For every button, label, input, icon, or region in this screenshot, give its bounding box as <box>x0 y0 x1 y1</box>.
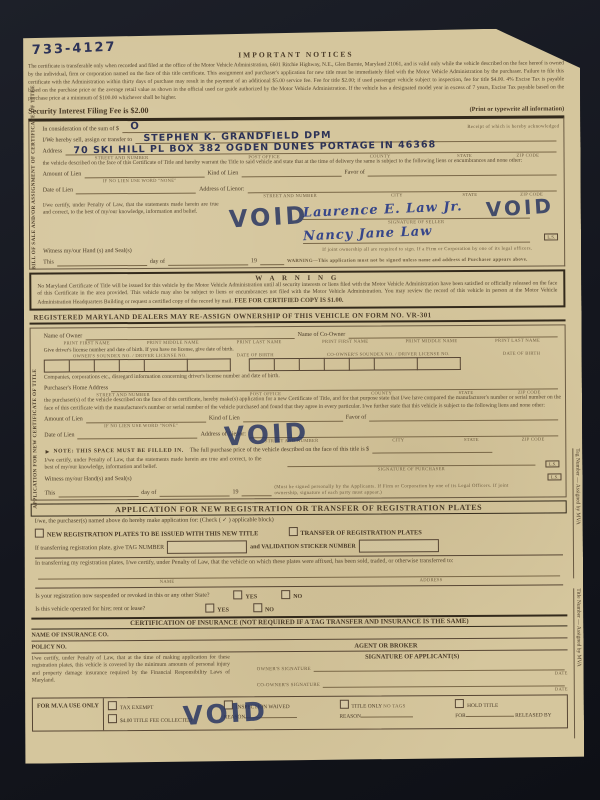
purchaser-certify-block: I/we certify, under Penalty of Law, that… <box>44 454 561 473</box>
warning-box: W A R N I N G No Maryland Certificate of… <box>29 269 565 310</box>
document-content: 733-4127 IMPORTANT NOTICES The certifica… <box>28 36 568 757</box>
transfer-label: I/We hereby sell, assign or transfer to <box>42 137 132 144</box>
soundex-cell <box>44 359 70 372</box>
favor-of-label: Favor of <box>344 170 365 177</box>
coowner-print-last: PRINT LAST NAME <box>475 337 561 343</box>
title-only-label: TITLE ONLY <box>351 704 382 710</box>
void-stamp-3: VOID <box>223 418 310 453</box>
note-must-fill-label: NOTE: THIS SPACE MUST BE FILLED IN. <box>53 448 183 455</box>
hire-yes-label: YES <box>217 607 229 613</box>
title-fee-label: $4.00 TITLE FEE COLLECTED <box>120 718 192 724</box>
app-witness-label: Witness my/our Hand(s) and Seal(s) <box>44 476 131 483</box>
purchaser-certify-text: I/we certify, under Penalty of Law, that… <box>44 456 261 473</box>
tag-number-box <box>167 540 247 553</box>
validation-sticker-text: and VALIDATION STICKER NUMBER <box>250 543 356 550</box>
soundex-cell <box>325 358 350 371</box>
seller-signature-2: Nancy Jane Law <box>302 224 432 244</box>
title-only-reason-label: REASON <box>339 713 361 719</box>
tax-exempt-checkbox <box>108 701 117 710</box>
fee-row: Security Interest Filing Fee is $2.00 (P… <box>28 103 564 115</box>
purchaser-sig-sublabel: SIGNATURE OF PURCHASER <box>378 466 445 471</box>
app-favor-blank <box>369 412 558 421</box>
app-day-of-label: day of <box>141 490 156 497</box>
no-lien-note: IF NO LIEN USE WORD "NONE" <box>103 178 177 183</box>
applicant-signature-area: SIGNATURE OF APPLICANT(S) OWNER'S SIGNAT… <box>257 652 568 693</box>
witness-row: Witness my/our Hand (s) and Seal(s) If j… <box>43 246 560 256</box>
date-signed-row: This day of 19 WARNING—This application … <box>43 255 560 266</box>
app-no-lien-note: IF NO LIEN USE WORD "NONE" <box>104 423 178 428</box>
insurance-company-row: NAME OF INSURANCE CO. <box>31 629 567 641</box>
ls-seal-1: L.S. <box>544 234 558 241</box>
app-this-label: This <box>45 491 56 498</box>
mva-hold-column: HOLD TITLE FOR RELEASED BY <box>451 695 567 727</box>
transfer-plates-label: TRANSFER OF REGISTRATION PLATES <box>300 529 422 537</box>
app-day-blank <box>159 489 229 497</box>
soundex-boxes-row <box>44 356 561 372</box>
joint-ownership-note: If joint ownership all are required to s… <box>322 247 560 254</box>
kind-of-lien-label: Kind of Lien <box>207 171 238 178</box>
soundex-cell <box>145 359 188 372</box>
must-sign-note: (Must be signed personally by the Applic… <box>274 484 533 497</box>
coowner-print-middle: PRINT MIDDLE NAME <box>388 338 474 344</box>
photo-background: Tag Number — Assigned by MVA Title Numbe… <box>0 0 600 800</box>
void-stamp-4: VOID <box>182 697 269 732</box>
receipt-note: Receipt of which is hereby acknowledged <box>467 125 559 131</box>
warning-body: No Maryland Certificate of Title will be… <box>37 280 557 306</box>
option-transfer-plates: TRANSFER OF REGISTRATION PLATES <box>288 526 422 537</box>
ls-seal-3: L.S. <box>548 473 562 480</box>
date-of-lien-blank <box>76 186 196 195</box>
hold-for-label: FOR <box>455 713 466 719</box>
app-favor-of-label: Favor of <box>346 415 367 422</box>
soundex-cell <box>375 357 418 370</box>
owner-soundex-label: OWNER'S SOUNDEX NO. / DRIVER LICENSE NO. <box>44 353 216 359</box>
soundex-cell <box>95 359 120 372</box>
amount-of-lien-label: Amount of Lien <box>43 172 82 179</box>
title-only-checkbox <box>339 700 348 709</box>
hire-no-label: NO <box>265 607 274 613</box>
validation-sticker-box <box>359 539 439 552</box>
soundex-cell <box>350 358 375 371</box>
owner-dob-label: DATE OF BIRTH <box>216 352 294 357</box>
hold-for-blank <box>466 716 514 717</box>
bill-of-sale-side-label: BILL OF SALE AND/OR ASSIGNMENT OF CERTIF… <box>30 127 37 269</box>
warning-sign-note: WARNING—This application must not be sig… <box>287 258 535 265</box>
new-plates-checkbox <box>35 529 44 538</box>
app-lienor-city: CITY <box>359 437 438 442</box>
consideration-handwritten: O <box>130 121 140 133</box>
tag-number-margin-label: Tag Number — Assigned by MVA <box>572 448 581 578</box>
title-application-side-label: APPLICATION FOR NEW CERTIFICATE OF TITLE <box>32 358 39 508</box>
option-new-plates: NEW REGISTRATION PLATES TO BE ISSUED WIT… <box>35 527 259 538</box>
app-witness-row: Witness my/our Hand(s) and Seal(s) L.S. <box>44 473 561 483</box>
application-text: the purchaser(s) of the vehicle describe… <box>44 395 561 413</box>
date-of-lien-label: Date of Lien <box>43 188 73 195</box>
app-lienor-state: STATE <box>438 437 505 442</box>
hold-title-label: HOLD TITLE <box>467 703 498 709</box>
seller-certify-block: I/we certify, under Penalty of Law, that… <box>43 200 560 246</box>
registration-intro: I/we, the purchaser(s) named above do he… <box>35 517 274 525</box>
hire-no: NO <box>253 603 274 613</box>
soundex-cell <box>249 358 275 371</box>
this-blank <box>57 258 147 267</box>
void-stamp-2: VOID <box>485 194 554 222</box>
year-blank <box>260 257 284 265</box>
title-only-reason-blank <box>361 716 413 717</box>
amount-of-lien-blank <box>84 170 204 179</box>
insurance-certify-text: I/we certify, under Penalty of Law, that… <box>32 655 231 695</box>
title-certificate-document: Tag Number — Assigned by MVA Title Numbe… <box>20 28 584 763</box>
print-typewrite-note: (Print or typewrite all information) <box>470 105 565 113</box>
soundex-cell <box>418 357 461 370</box>
app-this-blank <box>58 489 138 497</box>
coowner-signature-blank <box>323 679 565 688</box>
coowner-soundex-cells <box>249 357 461 371</box>
app-year-label: 19 <box>232 490 238 497</box>
seller-certify-text: I/we certify, under Penalty of Law, that… <box>43 202 219 246</box>
year-label: 19 <box>251 258 257 265</box>
agent-broker-label: AGENT OR BROKER <box>354 642 417 650</box>
app-date-of-lien-label: Date of Lien <box>44 432 74 439</box>
plate-options-row: NEW REGISTRATION PLATES TO BE ISSUED WIT… <box>35 525 563 538</box>
suspended-no: NO <box>281 590 302 600</box>
suspended-no-label: NO <box>293 594 302 600</box>
app-amount-of-lien-label: Amount of Lien <box>44 416 83 423</box>
registration-intro-row: I/we, the purchaser(s) named above do he… <box>35 516 563 526</box>
soundex-cell <box>300 358 325 371</box>
tax-exempt-label: TAX EXEMPT <box>120 705 154 711</box>
soundex-cell <box>70 359 95 372</box>
day-of-blank <box>168 257 248 265</box>
suspended-yes: YES <box>233 590 257 600</box>
transfer-plates-checkbox <box>288 527 297 536</box>
suspended-question: Is your registration now suspended or re… <box>35 592 209 599</box>
coowner-print-first: PRINT FIRST NAME <box>302 338 388 344</box>
ref-number-text: 733-4127 <box>32 40 117 58</box>
suspended-question-row: Is your registration now suspended or re… <box>35 588 563 601</box>
certified-copy-fee-note: FEE FOR CERTIFIED COPY IS $1.00. <box>234 296 343 304</box>
lienor-city-sublabel: CITY <box>358 192 437 197</box>
important-notices-body: The certificate is transferable only whe… <box>28 60 564 103</box>
seller-signature-line-2: Nancy Jane Law <box>302 224 530 244</box>
tag-number-row: If transferring registration plate, give… <box>35 538 563 554</box>
mva-use-section: VOID FOR M.V.A USE ONLY TAX EXEMPT $4.00… <box>32 694 568 731</box>
purchaser-signature-area: SIGNATURE OF PURCHASER <box>287 454 535 472</box>
insurance-certify-block: I/we certify, under Penalty of Law, that… <box>32 652 568 694</box>
app-year-blank <box>241 488 271 496</box>
owner-print-last: PRINT LAST NAME <box>216 339 302 345</box>
new-plates-label: NEW REGISTRATION PLATES TO BE ISSUED WIT… <box>47 530 259 538</box>
security-interest-fee: Security Interest Filing Fee is $2.00 <box>28 106 148 116</box>
app-lienor-zip: ZIP CODE <box>505 436 561 441</box>
app-amount-blank <box>86 414 206 423</box>
consideration-label: In consideration of the sum of $ <box>42 126 119 133</box>
purchase-price-blank <box>372 445 492 454</box>
soundex-cell <box>275 358 300 371</box>
soundex-cell <box>120 359 145 372</box>
favor-of-blank <box>368 168 557 177</box>
title-application-section: APPLICATION FOR NEW CERTIFICATE OF TITLE… <box>30 324 567 501</box>
released-by-label: RELEASED BY <box>515 712 551 718</box>
hire-yes: YES <box>205 603 229 613</box>
insurance-company-label: NAME OF INSURANCE CO. <box>31 632 108 639</box>
coowner-dob-label: DATE OF BIRTH <box>482 350 560 355</box>
owner-print-first: PRINT FIRST NAME <box>44 340 130 346</box>
insurance-section-title: CERTIFICATION OF INSURANCE (NOT REQUIRED… <box>31 614 567 629</box>
day-of-label: day of <box>150 259 165 266</box>
seller-signature-1: Laurence E. Law Jr. <box>302 199 462 221</box>
hire-question-row: Is this vehicle operated for hire; rent … <box>35 601 563 614</box>
title-app-lien-block: VOID Amount of Lien Kind of Lien Favor o… <box>44 412 561 444</box>
hire-no-checkbox <box>253 603 262 612</box>
coowner-signature-label: CO-OWNER'S SIGNATURE <box>257 682 320 688</box>
owner-signature-label: OWNER'S SIGNATURE <box>257 667 311 673</box>
app-date-blank <box>78 430 198 439</box>
kind-of-lien-blank <box>241 169 341 178</box>
policy-row: POLICY NO. AGENT OR BROKER <box>32 641 568 654</box>
signature-of-applicants-header: SIGNATURE OF APPLICANT(S) <box>257 652 568 661</box>
coowner-date-sublabel: DATE <box>555 686 568 691</box>
hire-yes-checkbox <box>205 603 214 612</box>
transfer-certify-text: In transferring my registration plates, … <box>35 557 563 568</box>
suspended-no-checkbox <box>281 590 290 599</box>
hold-for-row: FOR RELEASED BY <box>455 711 563 721</box>
owner-soundex-cells <box>44 358 231 372</box>
this-label: This <box>43 260 54 267</box>
hire-question: Is this vehicle operated for hire; rent … <box>35 606 145 613</box>
registration-section: I/we, the purchaser(s) named above do he… <box>31 516 568 615</box>
mva-title-only-column: TITLE ONLY NO TAGS REASON <box>335 696 451 728</box>
purchaser-sig-sublabel-row: SIGNATURE OF PURCHASER <box>287 465 535 472</box>
owner-signature-blank <box>314 663 565 673</box>
witness-label: Witness my/our Hand (s) and Seal(s) <box>43 248 132 255</box>
registration-section-title: APPLICATION FOR NEW REGISTRATION OR TRAN… <box>31 501 567 517</box>
lienor-street-sublabel: STREET AND NUMBER <box>223 193 358 199</box>
note-pointer-icon: ► <box>44 448 50 455</box>
title-number-margin-label: Title Number — Assigned by MVA <box>573 588 582 738</box>
dealers-reassign-line: REGISTERED MARYLAND DEALERS MAY RE-ASSIG… <box>29 309 565 324</box>
owner-date-sublabel: DATE <box>555 670 568 675</box>
ls-seal-2: L.S. <box>546 460 560 467</box>
policy-number-label: POLICY NO. <box>32 645 67 652</box>
app-date-signed-row: This day of 19 (Must be signed personall… <box>45 484 562 498</box>
void-stamp-1: VOID <box>228 201 309 234</box>
hold-title-checkbox <box>455 699 464 708</box>
suspended-yes-checkbox <box>233 590 242 599</box>
companies-note: Companies, corporations etc., disregard … <box>44 371 561 381</box>
no-tags-label: NO TAGS <box>383 704 405 709</box>
coowner-name-blank <box>348 329 557 338</box>
soundex-cell <box>188 358 231 371</box>
title-fee-checkbox <box>108 714 117 723</box>
title-only-option: TITLE ONLY NO TAGS <box>339 699 447 712</box>
owner-name-blank <box>85 331 294 340</box>
insurance-section: NAME OF INSURANCE CO. POLICY NO. AGENT O… <box>31 629 567 695</box>
owner-print-middle: PRINT MIDDLE NAME <box>130 339 216 345</box>
title-only-reason-row: REASON <box>339 712 447 722</box>
bill-of-sale-section: BILL OF SALE AND/OR ASSIGNMENT OF CERTIF… <box>28 115 565 269</box>
mva-use-label: FOR M.V.A USE ONLY <box>33 698 104 730</box>
tag-number-text: If transferring registration plate, give… <box>35 544 164 551</box>
suspended-yes-label: YES <box>246 594 258 600</box>
hold-title-option: HOLD TITLE <box>455 699 563 712</box>
